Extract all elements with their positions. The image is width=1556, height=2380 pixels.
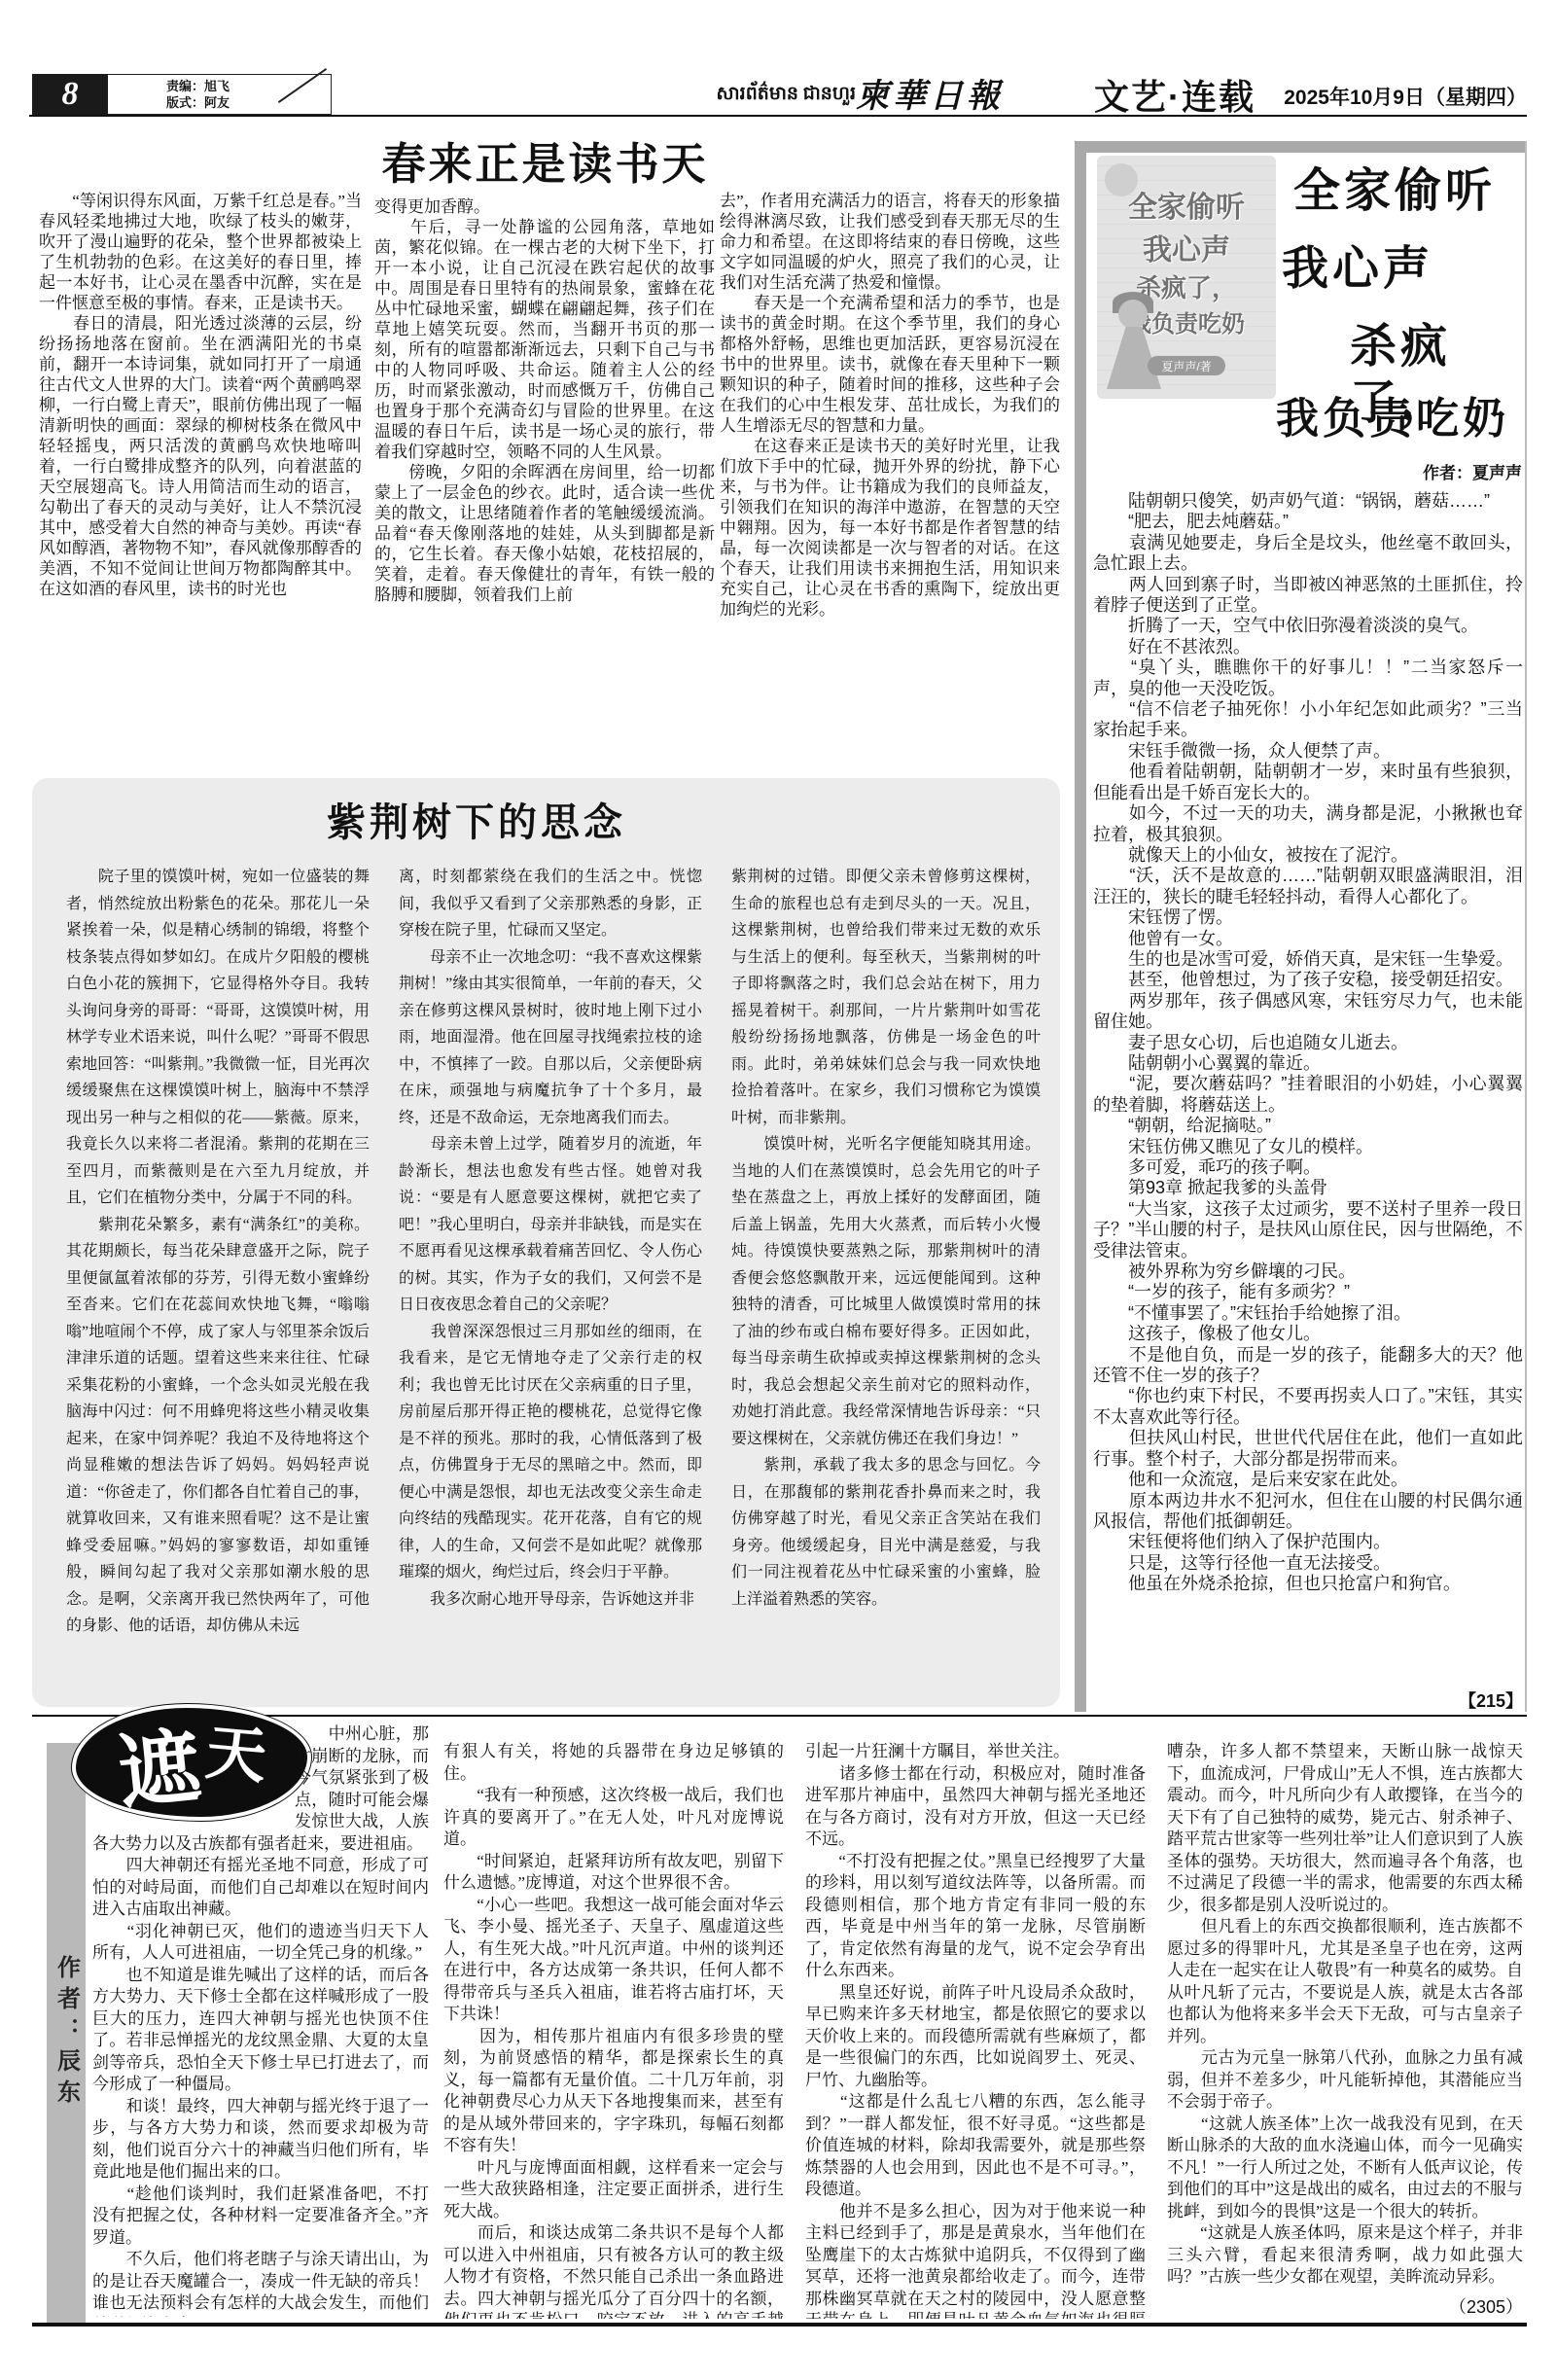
article2-column-1: 院子里的馍馍叶树，宛如一位盛装的舞者，悄然绽放出粉紫色的花朵。那花儿一朵紧挨着一… — [66, 864, 370, 1698]
editor-info-box: 责编：旭飞 版式：阿友 — [108, 74, 332, 115]
cover-title-line1: 全家偷听 — [1097, 183, 1276, 226]
zhetian-author-bar: 作者：辰东 — [47, 1743, 86, 2323]
cover-girl-head — [1118, 300, 1148, 329]
article1-column-3: 去”，作者用充满活力的语言，将春天的形象描绘得淋漓尽致，让我们感受到春天那无尽的… — [720, 191, 1060, 677]
cover-title-line2: 我心声 — [1097, 226, 1276, 268]
serial-author: 作者：夏声声 — [1293, 459, 1522, 483]
cover-author-badge: 夏声声/著 — [1148, 356, 1225, 375]
newspaper-page: 8 责编：旭飞 版式：阿友 សារព័ត៌មាន ជានហួរ 柬華日報 文艺·… — [0, 0, 1556, 2380]
article2-column-2: 离，时刻都萦绕在我们的生活之中。恍惚间，我似乎又看到了父亲那熟悉的身影，正穿梭在… — [399, 864, 702, 1698]
header-rule — [29, 115, 1527, 117]
serial-title-line2: 我心声 — [1282, 241, 1515, 298]
article1-title: 春来正是读书天 — [372, 138, 718, 191]
article2-column-3: 紫荆树的过错。即便父亲未曾修剪这棵树，生命的旅程也总有走到尽头的一天。况且，这棵… — [731, 864, 1041, 1698]
serial-page-marker: 【215】 — [1391, 1687, 1523, 1713]
layout-label: 版式：阿友 — [166, 94, 331, 111]
article2-title: 紫荆树下的思念 — [292, 796, 661, 850]
article1-column-2: 变得更加香醇。 午后，寻一处静谧的公园角落，草地如茵，繁花似锦。在一棵古老的大树… — [374, 196, 715, 766]
zhetian-column-1: 中州心脏，那片崩断的龙脉，而今气氛紧张到了极点，随时可能会爆发惊世大战，人族各大… — [92, 1723, 429, 2317]
serial-cover-image: 全家偷听 我心声 杀疯了， 我负责吃奶 夏声声/著 — [1097, 156, 1276, 399]
editor-label: 责编：旭飞 — [166, 78, 331, 94]
sidebar-top-bar — [1075, 141, 1527, 153]
masthead-name: 柬華日報 — [856, 70, 1079, 115]
zhetian-art-wrap-spacer — [92, 1723, 295, 1817]
page-number: 8 — [62, 76, 79, 113]
zhetian-author: 作者：辰东 — [50, 1955, 84, 2111]
sidebar-left-bar — [1075, 141, 1086, 1712]
zhetian-issue-number: （2305） — [1361, 2293, 1523, 2319]
masthead-khmer: សារព័ត៌មាន ជានហួរ — [506, 78, 856, 113]
page-number-badge: 8 — [32, 74, 108, 115]
article1-column-1: “等闲识得东风面，万紫千红总是春。”当春风轻柔地拂过大地，吹绿了枝头的嫩芽，吹开… — [39, 191, 362, 766]
zhetian-column-3: 引起一片狂澜十方瞩目，举世关注。 诸多修士都在行动，积极应对，随时准备进军那片神… — [805, 1741, 1146, 2319]
serial-title-line1: 全家偷听 — [1293, 163, 1527, 220]
zhetian-column-2: 有狠人有关，将她的兵器带在身边足够镇的住。 “我有一种预感，这次终极一战后，我们… — [443, 1741, 784, 2319]
serial-title-line4: 我负责吃奶 — [1276, 391, 1529, 447]
issue-date: 2025年10月9日（星期四） — [1206, 82, 1527, 111]
zhetian-column-4: 嘈杂，许多人都不禁望来，天断山脉一战惊天下，血流成河，尸骨成山”无人不惧，连古族… — [1167, 1741, 1523, 2319]
zhetian-bottom-rule — [32, 2323, 1527, 2327]
serial-body-text: 陆朝朝只傻笑，奶声奶气道：“锅锅，蘑菇……” “肥去，肥去炖蘑菇。” 袁满见她要… — [1093, 491, 1523, 1686]
